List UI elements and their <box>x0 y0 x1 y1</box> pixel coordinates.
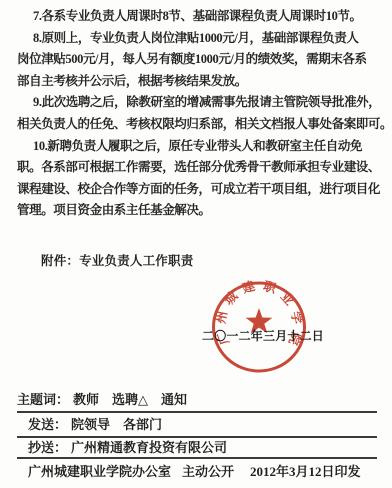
send-row: 发送：院领导 各部门 <box>28 415 162 435</box>
document-body: 7.各系专业负责人周课时8节、基础部课程负责人周课时10节。 8.原则上，专业负… <box>17 6 379 273</box>
cc-row: 抄送：广州精通教育投资有限公司 <box>28 438 227 458</box>
cc-label: 抄送： <box>28 440 67 455</box>
body-line: 课程建设、校企合作等方面的任务，可成立若干项目组，进行项目化 <box>17 179 379 201</box>
body-line: 部自主考核并公示后，根据考核结果发放。 <box>17 71 379 93</box>
issue-date: 2012年3月12日印发 <box>250 462 361 482</box>
body-line: 相关负责人的任免、考核权限均归系部，相关文档报人事处备案即可。 <box>17 114 379 136</box>
handwritten-date: 二〇一二年三月十二日 <box>202 327 330 344</box>
body-line: 岗位津贴500元/月，每人另有额度1000元/月的绩效奖，需期末各系 <box>17 49 379 71</box>
subject-row: 主题词：教师 选聘△ 通知 <box>17 390 187 410</box>
issue-publicity: 主动公开 <box>182 462 234 482</box>
subject-label: 主题词： <box>17 392 69 407</box>
subject-value: 教师 选聘△ 通知 <box>73 392 187 407</box>
issue-office: 广州城建职业学院办公室 <box>28 462 171 482</box>
divider-rule <box>17 457 377 459</box>
body-line: 管理。项目资金由系主任基金解决。 <box>17 200 379 222</box>
attachment-line: 附件：专业负责人工作职责 <box>17 251 379 273</box>
divider-rule <box>17 411 377 413</box>
issue-row: 广州城建职业学院办公室 主动公开 2012年3月12日印发 <box>28 462 361 482</box>
cc-value: 广州精通教育投资有限公司 <box>71 440 227 455</box>
body-line: 10.新聘负责人履职之后，原任专业带头人和教研室主任自动免 <box>17 136 379 158</box>
body-line: 职。各系部可根据工作需要，选任部分优秀骨干教师承担专业建设、 <box>17 157 379 179</box>
scanned-document-page: 7.各系专业负责人周课时8节、基础部课程负责人周课时10节。 8.原则上，专业负… <box>0 0 392 488</box>
body-line: 8.原则上，专业负责人岗位津贴1000元/月，基础部课程负责人 <box>17 28 379 50</box>
body-line: 7.各系专业负责人周课时8节、基础部课程负责人周课时10节。 <box>17 6 379 28</box>
body-line: 9.此次选聘之后，除教研室的增减需事先报请主管院领导批准外， <box>17 92 379 114</box>
send-label: 发送： <box>28 417 67 432</box>
send-value: 院领导 各部门 <box>71 417 162 432</box>
